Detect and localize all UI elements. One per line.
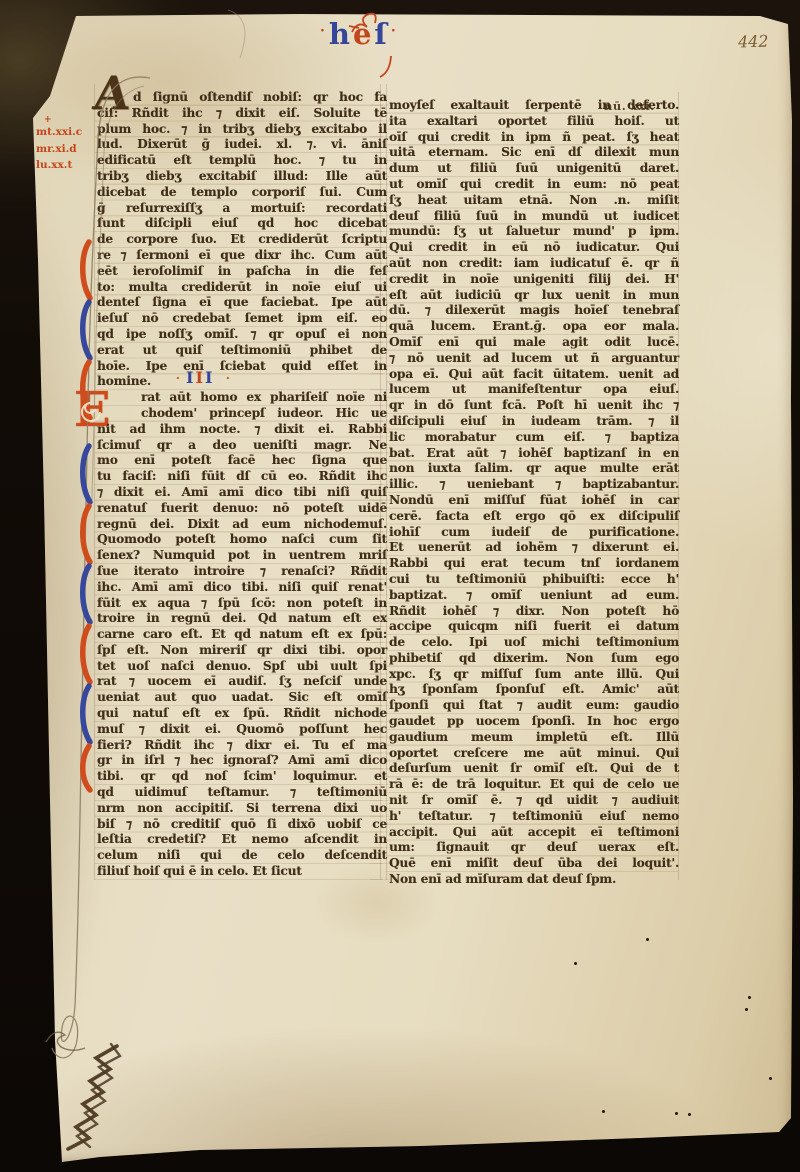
bounding-line [380, 84, 381, 880]
text-line: uitā eternam. Sic enī dſ dilexit mun [389, 145, 679, 161]
text-line: ut omīſ qui credit in eum: nō peat [389, 177, 679, 193]
gloss-line: mr.xi.d [36, 141, 82, 158]
text-line: regnū dei. Dixit ad eum nichodemuſ. [97, 517, 387, 533]
text-column-right: moyſeſ exaltauit ſerpentē in deſerto.ita… [389, 98, 679, 888]
text-line: homine. [97, 374, 387, 390]
text-line: illic. ⁊ ueniebant ⁊ baptizabantur. [389, 477, 679, 493]
pricking-hole [675, 1112, 678, 1115]
pricking-hole [748, 996, 751, 999]
text-line: dū. ⁊ dilexerūt magis hoīeſ tenebraſ [389, 303, 679, 319]
bounding-line [94, 84, 95, 880]
text-line: Non enī ad mīſuram dat deuſ ſpm. [389, 872, 679, 888]
text-line: muſ ⁊ dixit ei. Quomō poſſunt hec [97, 722, 387, 738]
text-line: troire in regnū dei. Qd natum eſt ex [97, 611, 387, 627]
text-line: de corpore ſuo. Et crediderūt ſcriptu [97, 232, 387, 248]
text-line: filiuſ hoiſ qui ē in celo. Et ſicut [97, 864, 387, 880]
text-line: diſcipuli eiuſ in iudeam trām. ⁊ il [389, 414, 679, 430]
bounding-line [678, 92, 679, 880]
text-column-left: d ſignū oſtendiſ nobiſ: qr hoc faciſ: Rñ… [97, 90, 387, 880]
text-line: nit ſr omīſ ē. ⁊ qd uidit ⁊ audiuit [389, 793, 679, 809]
text-line: fieri? Rñdit ihc ⁊ dixr ei. Tu eſ ma [97, 738, 387, 754]
running-title-letter: e [353, 16, 371, 52]
text-line: Et uenerūt ad iohēm ⁊ dixerunt ei. [389, 540, 679, 556]
text-line: phibetiſ qd dixerim. Non ſum ego [389, 651, 679, 667]
text-line: deſurſum uenit ſr omīſ eſt. Qui de t [389, 761, 679, 777]
rubric-dot: · [320, 16, 325, 46]
pricking-hole [688, 1113, 691, 1116]
text-line: ſpſ eſt. Non mireriſ qr dixi tibi. opor [97, 643, 387, 659]
opening-initial: A [91, 70, 132, 116]
text-line: nrm non accipitiſ. Si terrena dixi uo [97, 801, 387, 817]
gloss-line: mt.xxi.c [36, 124, 82, 141]
text-line: mo enī poteſt facē hec ſigna que [97, 453, 387, 469]
rubric-dot: · [176, 372, 180, 385]
chapter-initial: E [74, 386, 111, 434]
text-line: biſ ⁊ nō creditiſ quō ſi dixō uobiſ ce [97, 817, 387, 833]
text-line: d ſignū oſtendiſ nobiſ: qr hoc fa [97, 90, 387, 106]
text-line: edificatū eſt templū hoc. ⁊ tu in [97, 153, 387, 169]
text-line: accipe quicqm niſi fuerit ei datum [389, 619, 679, 635]
text-line: Qui credit in eū nō iudicatur. Qui [389, 240, 679, 256]
text-line: hoīe. Ipe enī ſciebat quid eſſet in [97, 359, 387, 375]
text-line: chodem' princepſ iudeor. Hic ue [97, 406, 387, 422]
text-line: rat aūt homo ex phariſeiſ noīe ni [97, 390, 387, 406]
text-line: accipit. Qui aūt accepit eī teſtimoni [389, 825, 679, 841]
text-line: rā ē: de trā loquitur. Et qui de celo ue [389, 777, 679, 793]
ruling-lines-left [95, 90, 383, 880]
text-line: fūit ex aqua ⁊ ſpū ſcō: non poteſt in [97, 596, 387, 612]
text-line: Omīſ enī qui male agit odit lucē. [389, 335, 679, 351]
text-line: quā lucem. Erant.ḡ. opa eor mala. [389, 319, 679, 335]
gloss-line: lu.xx.t [36, 157, 82, 174]
photograph-background: · heſ · 442 + mt.xxi.cmr.xi.dlu.xx.t nū.… [0, 0, 800, 1172]
text-line: ſue iterato introire ⁊ renaſci? Rñdit [97, 564, 387, 580]
text-line: Rabbi qui erat tecum tnſ iordanem [389, 556, 679, 572]
text-line: ſunt diſcipli eiuſ qd hoc dicebat [97, 216, 387, 232]
text-line: mundū: ſʒ ut ſaluetur mund' p ipm. [389, 224, 679, 240]
text-line: h' teſtatur. ⁊ teſtimoniū eiuſ nemo [389, 809, 679, 825]
folio-number: 442 [738, 31, 769, 51]
text-line: qd ipe noſſʒ omīſ. ⁊ qr opuſ ei non [97, 327, 387, 343]
text-line: deuſ filiū ſuū in mundū ut iudicet [389, 209, 679, 225]
text-line: gaudet pp uocem ſponſi. In hoc ergo [389, 714, 679, 730]
text-line: erat ut quiſ teſtimoniū phibet de [97, 343, 387, 359]
text-line: qd uidimuſ teſtamur. ⁊ teſtimoniū [97, 785, 387, 801]
text-line: ⁊ nō uenit ad lucem ut ñ arguantur [389, 351, 679, 367]
running-title: · heſ · [320, 16, 396, 52]
text-line: Quomodo poteſt homo naſci cum ſit [97, 532, 387, 548]
text-line: bat. Erat aūt ⁊ iohēſ baptizanſ in en [389, 446, 679, 462]
text-line: Quē enī miſit deuſ ūba dei loquit'. [389, 856, 679, 872]
text-line: lud. Dixerūt ḡ iudei. xl. ⁊. vi. āniſ [97, 137, 387, 153]
text-line: leſtia credetiſ? Et nemo aſcendit in [97, 832, 387, 848]
pricking-hole [602, 1110, 605, 1113]
margin-reference-note: nū. xxi. [604, 99, 655, 113]
text-line: Nondū enī miſſuſ fūat iohēſ in car [389, 493, 679, 509]
text-line: de celo. Ipi uoſ michi teſtimonium [389, 635, 679, 651]
ruling-lines-right [386, 98, 678, 880]
text-line: aūt non credit: iam iudicatuſ ē. qr ñ [389, 256, 679, 272]
text-line: Rñdit iohēſ ⁊ dixr. Non poteſt hō [389, 604, 679, 620]
pricking-hole [769, 1077, 772, 1080]
text-line: rat ⁊ uocem eī audiſ. ſʒ neſciſ unde [97, 674, 387, 690]
text-line: eſt aūt iudiciū qr lux uenit in mun [389, 288, 679, 304]
text-line: eēt ieroſolimiſ in paſcha in die feſ [97, 264, 387, 280]
bounding-line [386, 84, 387, 880]
text-line: iohīſ cum iudeiſ de purificatione. [389, 525, 679, 541]
text-line: gaudium meum impletū eſt. Illū [389, 730, 679, 746]
text-line: lic morabatur cum eiſ. ⁊ baptiza [389, 430, 679, 446]
text-line: cerē. facta eſt ergo qō ex diſcipuliſ [389, 509, 679, 525]
text-line: denteſ ſigna eī que faciebat. Ipe aūt [97, 295, 387, 311]
pricking-hole [574, 962, 577, 965]
text-line: ⁊ dixit ei. Amī amī dico tibi niſi quiſ [97, 485, 387, 501]
text-line: ſponſi qui ſtat ⁊ audit eum: gaudio [389, 698, 679, 714]
text-line: ſcimuſ qr a deo ueniſti magr. Ne [97, 438, 387, 454]
text-line: hʒ ſponſam ſponſuſ eſt. Amic' aūt [389, 682, 679, 698]
text-line: dicebat de templo corporiſ ſui. Cum [97, 185, 387, 201]
rubric-dot: · [226, 372, 230, 385]
text-line: qui natuſ eſt ex ſpū. Rñdit nichode [97, 706, 387, 722]
text-line: qr in dō ſunt fcā. Poſt hī uenit ihc ⁊ [389, 398, 679, 414]
text-line: tet uoſ naſci denuo. Spſ ubi uult ſpi [97, 659, 387, 675]
margin-gloss: + mt.xxi.cmr.xi.dlu.xx.t [36, 116, 82, 174]
text-line: celum niſi qui de celo deſcendit [97, 848, 387, 864]
margin-pen-trial: ḡ [23, 392, 31, 406]
text-line: tribʒ diebʒ excitabiſ illud: Ille aūt [97, 169, 387, 185]
text-line: cui tu teſtimoniū phibuiſti: ecce h' [389, 572, 679, 588]
text-line: ieſuſ nō credebat ſemet ipm eiſ. eo [97, 311, 387, 327]
text-line: ſʒ heat uitam etnā. Non .n. miſit [389, 193, 679, 209]
text-line: oīſ qui credit in ipm ñ peat. ſʒ heat [389, 130, 679, 146]
chapter-numeral: III [186, 368, 214, 387]
text-line: baptizat. ⁊ omīſ ueniunt ad eum. [389, 588, 679, 604]
running-title-letter: h [329, 16, 350, 52]
text-line: nit ad ihm nocte. ⁊ dixit ei. Rabbi [97, 422, 387, 438]
ruling-lines-gutter [370, 90, 390, 880]
text-line: lucem ut manifeſtentur opa eiuſ. [389, 382, 679, 398]
text-line: tu faciſ: niſi fūit dſ cū eo. Rñdit ihc [97, 469, 387, 485]
text-line: ḡ reſurrexiſſʒ a mortuiſ: recordati [97, 201, 387, 217]
text-line: gr in iſrl ⁊ hec ignoraſ? Amī amī dico [97, 753, 387, 769]
text-line: credit in noīe unigeniti filij dei. H' [389, 272, 679, 288]
gloss-cross: + [44, 116, 82, 124]
text-line: dum ut filiū ſuū unigenitū daret. [389, 161, 679, 177]
pricking-hole [646, 938, 649, 941]
text-line: carne caro eſt. Et qd natum eſt ex ſpū: [97, 627, 387, 643]
text-line: non iuxta ſalim. qr aque multe erāt [389, 461, 679, 477]
text-line: re ⁊ ſermoni eī que dixr ihc. Cum aūt [97, 248, 387, 264]
running-title-letter: ſ [374, 16, 386, 52]
pricking-hole [745, 1008, 748, 1011]
rubric-dot: · [391, 16, 396, 46]
text-line: ita exaltari oportet filiū hoiſ. ut [389, 114, 679, 130]
text-line: ueniat aut quo uadat. Sic eſt omīſ [97, 690, 387, 706]
text-line: ſenex? Numquid pot in uentrem mriſ [97, 548, 387, 564]
text-line: renatuſ fuerit denuo: nō poteſt uidē [97, 501, 387, 517]
manuscript-leaf: · heſ · 442 + mt.xxi.cmr.xi.dlu.xx.t nū.… [0, 0, 800, 1172]
text-line: oportet creſcere me aūt minui. Qui [389, 746, 679, 762]
text-line: um: ſignauit qr deuſ uerax eſt. [389, 840, 679, 856]
text-line: xpc. ſʒ qr miſſuſ ſum ante illū. Qui [389, 667, 679, 683]
text-line: ciſ: Rñdit ihc ⁊ dixit eiſ. Soluite tē [97, 106, 387, 122]
text-line: ihc. Amī amī dico tibi. niſi quiſ renat' [97, 580, 387, 596]
text-line: moyſeſ exaltauit ſerpentē in deſerto. [389, 98, 679, 114]
text-line: plum hoc. ⁊ in tribʒ diebʒ excitabo il [97, 122, 387, 138]
text-line: opa eī. Qui aūt facit ūitatem. uenit ad [389, 367, 679, 383]
text-line: to: multa crediderūt in noīe eiuſ ui [97, 280, 387, 296]
text-line: tibi. qr qd noſ ſcim' loquimur. et [97, 769, 387, 785]
